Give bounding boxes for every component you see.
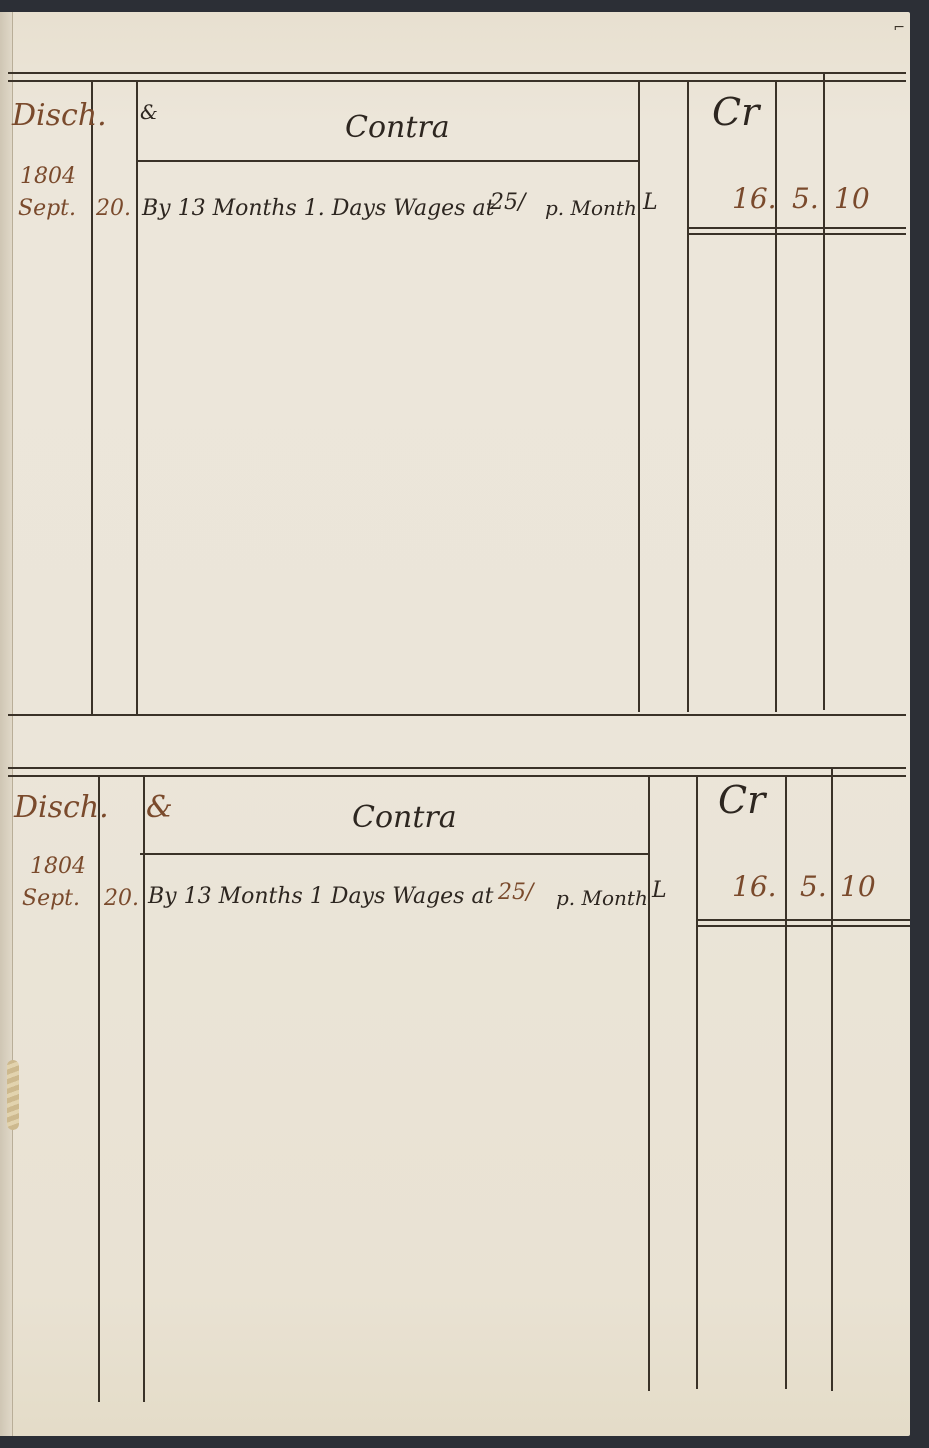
col-line-shillings <box>831 769 833 1391</box>
contra-heading: Contra <box>352 800 457 835</box>
entry-year: 1804 <box>30 854 86 879</box>
entry-month: Sept. <box>18 196 76 221</box>
page-corner-mark: ⌐ <box>893 20 905 36</box>
contra-heading: Contra <box>345 110 450 145</box>
entry-day: 20. <box>104 886 139 911</box>
amount-pence: 10 <box>834 182 870 215</box>
credit-heading: Cr <box>712 90 759 134</box>
col-line-day <box>136 82 138 716</box>
amount-shillings: 5. <box>792 182 819 215</box>
top-rule-1 <box>8 72 906 74</box>
bottom-rule <box>8 714 906 716</box>
entry-day: 20. <box>96 196 131 221</box>
amount-rule-2 <box>688 233 906 235</box>
amount-rule-1 <box>698 919 910 921</box>
entry-rate: 25/ <box>498 880 533 905</box>
amount-shillings: 5. <box>800 870 827 903</box>
amount-rule-2 <box>698 925 910 927</box>
col-line-date <box>98 777 100 1402</box>
credit-heading: Cr <box>718 778 765 822</box>
col-line-folio <box>687 82 689 712</box>
entry-year: 1804 <box>20 164 76 189</box>
col-line-date <box>91 82 93 716</box>
entry-rate: 25/ <box>490 190 525 215</box>
amount-rule-1 <box>688 227 906 229</box>
entry-month: Sept. <box>22 886 80 911</box>
discharge-label: Disch. <box>14 790 109 825</box>
entry-description: By 13 Months 1. Days Wages at <box>142 196 494 221</box>
col-line-shillings <box>823 74 825 710</box>
amount-pounds: 16. <box>732 182 777 215</box>
col-line-desc <box>648 777 650 1391</box>
header-underline <box>137 160 639 162</box>
top-rule-2 <box>8 80 906 82</box>
amount-pounds: 16. <box>732 870 777 903</box>
ampersand: & <box>146 790 173 825</box>
currency-mark: L <box>652 878 667 903</box>
entry-per-month: p. Month <box>556 886 648 910</box>
amount-pence: 10 <box>840 870 876 903</box>
page-binding-edge <box>0 12 13 1436</box>
col-line-pounds <box>775 82 777 712</box>
currency-mark: L <box>643 190 658 215</box>
col-line-desc <box>638 82 640 712</box>
header-underline <box>140 853 650 855</box>
ampersand: & <box>140 100 158 124</box>
binding-twine <box>7 1060 19 1130</box>
col-line-day <box>143 777 145 1402</box>
entry-per-month: p. Month <box>545 196 637 220</box>
col-line-folio <box>696 777 698 1389</box>
col-line-pounds <box>785 777 787 1389</box>
top-rule-1 <box>8 767 906 769</box>
discharge-label: Disch. <box>12 98 107 133</box>
entry-description: By 13 Months 1 Days Wages at <box>148 884 493 909</box>
